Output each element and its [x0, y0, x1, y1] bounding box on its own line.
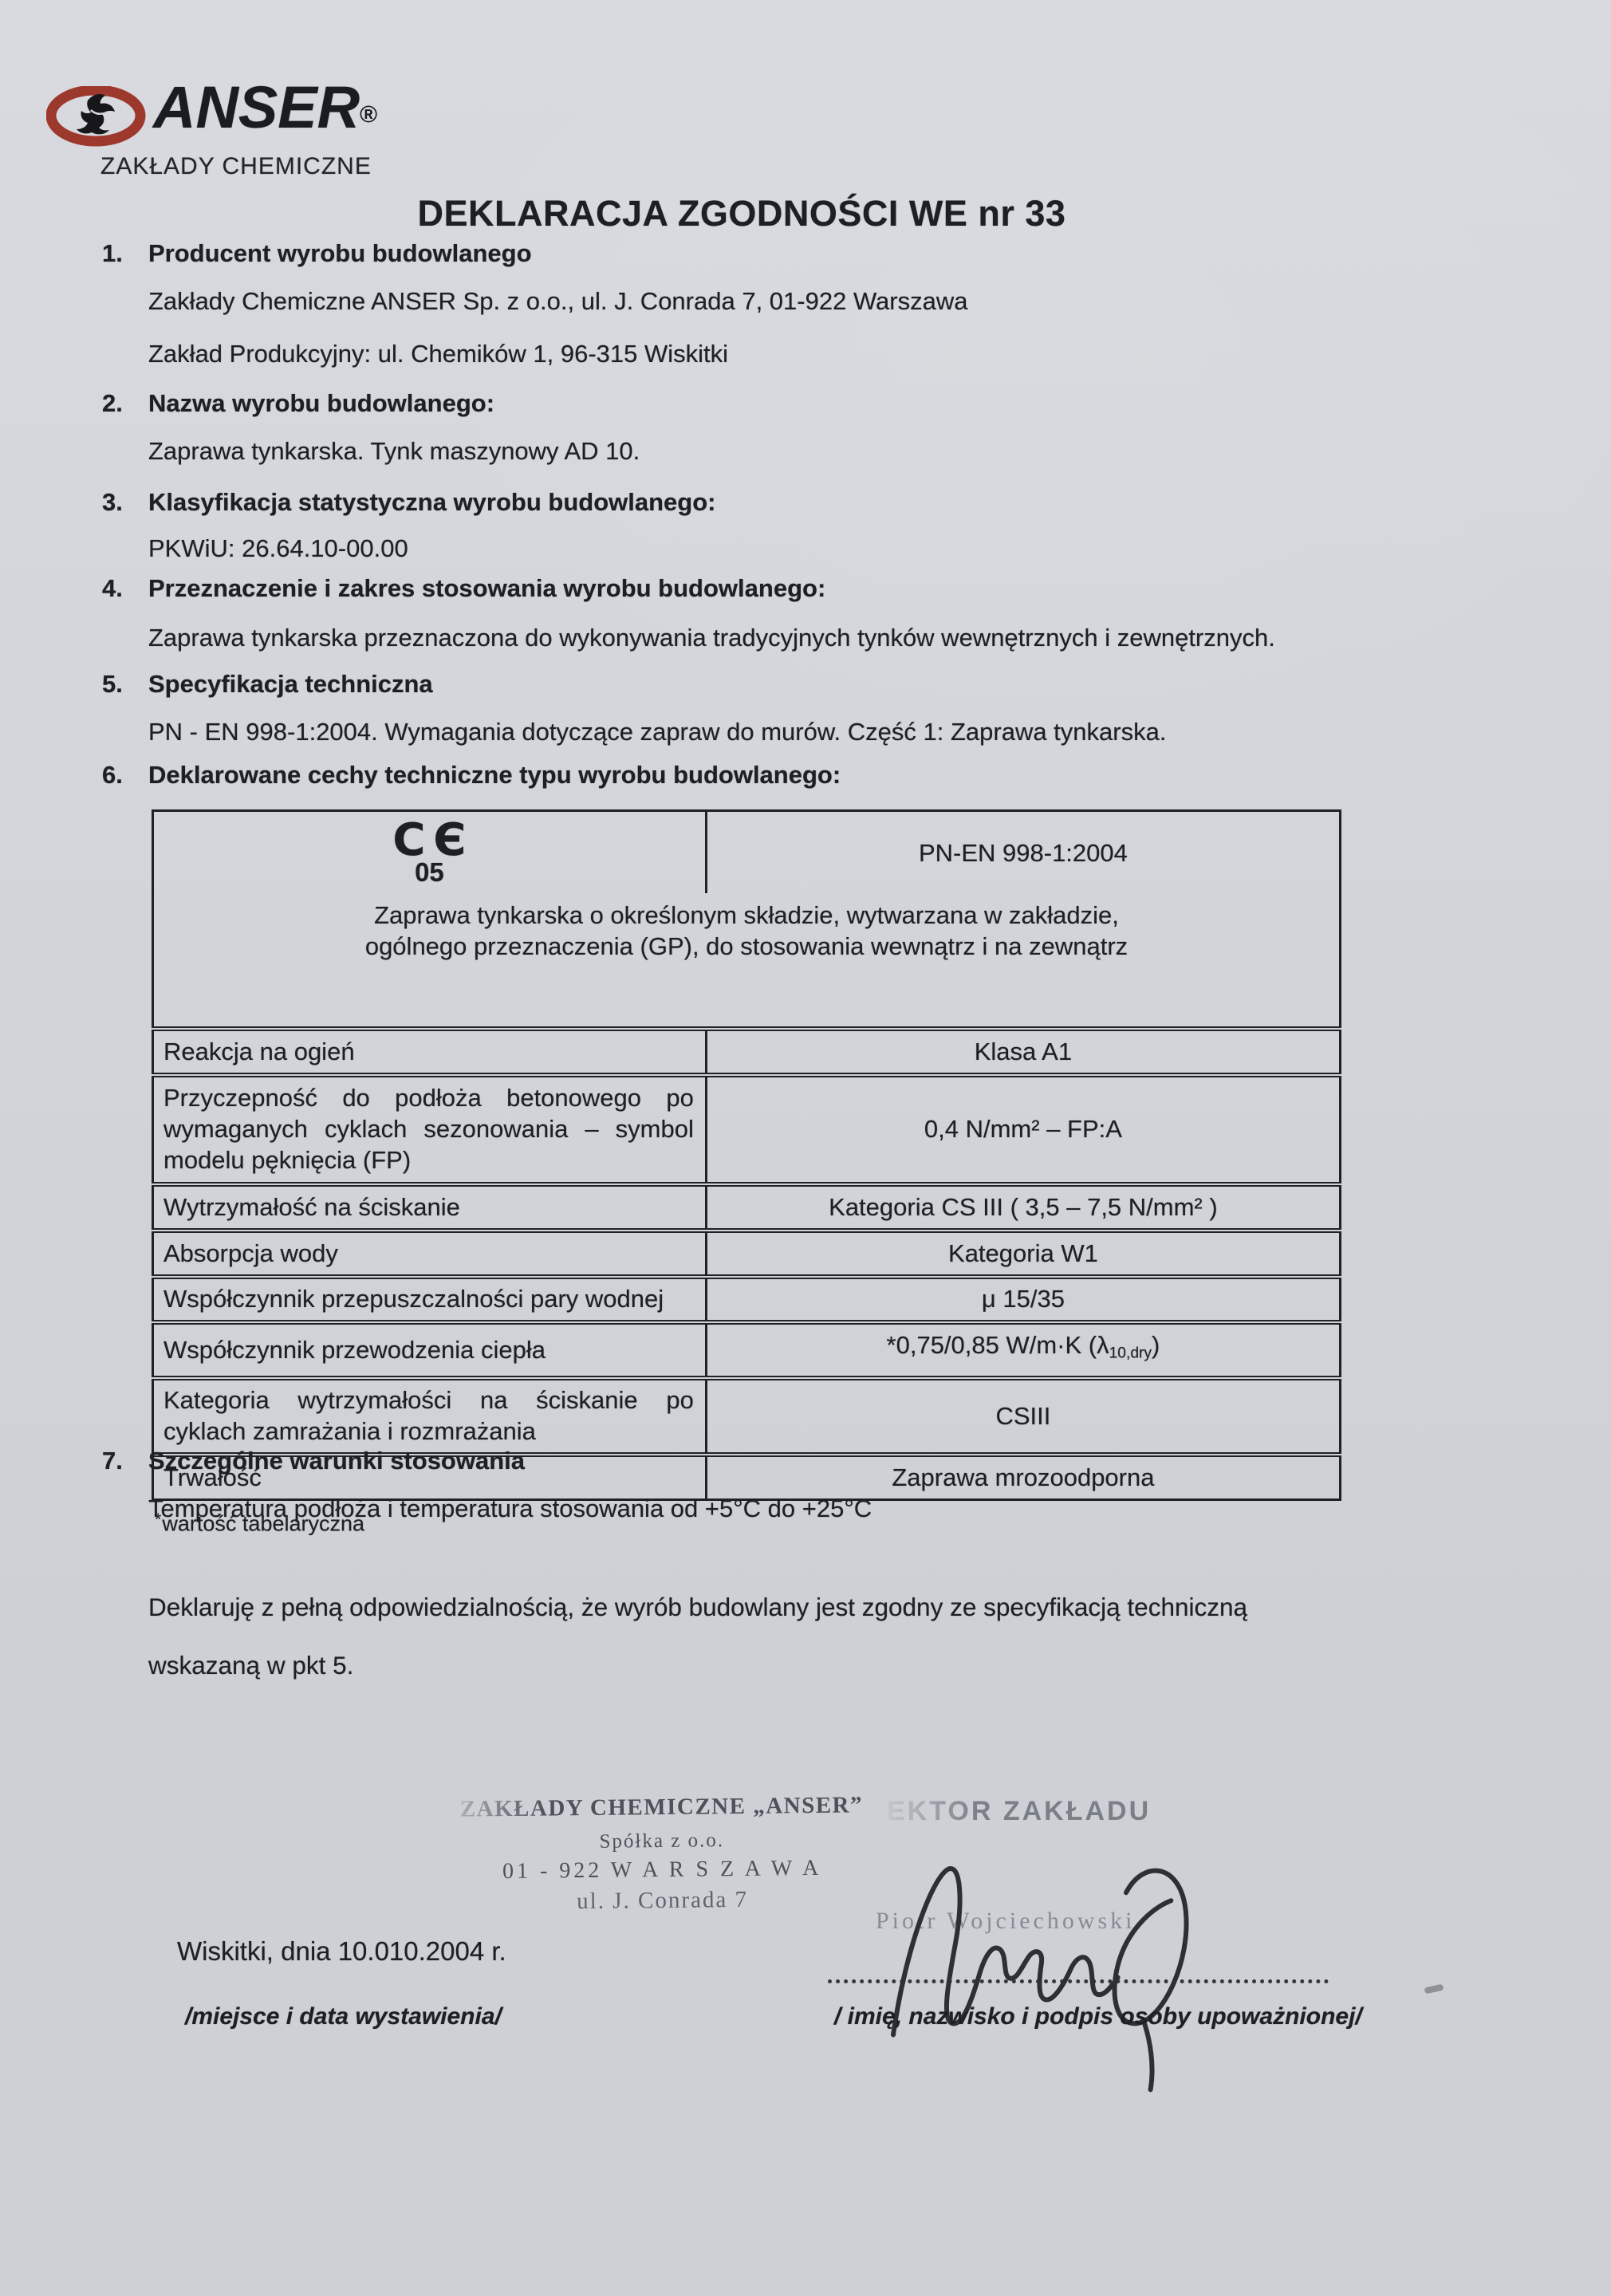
scanned-declaration-document: ANSER® ZAKŁADY CHEMICZNE DEKLARACJA ZGOD…: [0, 0, 1611, 2296]
declared-properties-table: CЄ 05 PN-EN 998-1:2004 Zaprawa tynkarska…: [152, 809, 1341, 1501]
company-stamp-line: ul. J. Conrada 7: [459, 1885, 865, 1916]
section-line: Zakład Produkcyjny: ul. Chemików 1, 96-3…: [148, 338, 1538, 370]
standard-reference: PN-EN 998-1:2004: [706, 811, 1340, 894]
row-value: 0,4 N/mm² – FP:A: [706, 1075, 1340, 1184]
place-date-line: Wiskitki, dnia 10.010.2004 r.: [177, 1936, 506, 1967]
caption-place-date: /miejsce i data wystawienia/: [185, 2003, 502, 2030]
section-heading: Przeznaczenie i zakres stosowania wyrobu…: [148, 573, 825, 605]
section-number: 6.: [102, 759, 148, 791]
section-klasyfikacja: 3.Klasyfikacja statystyczna wyrobu budow…: [102, 486, 1538, 565]
table-header-row: CЄ 05 PN-EN 998-1:2004: [153, 811, 1341, 894]
section-line: Zakłady Chemiczne ANSER Sp. z o.o., ul. …: [148, 286, 1538, 317]
section-nazwa-wyrobu: 2.Nazwa wyrobu budowlanego: Zaprawa tynk…: [102, 388, 1538, 467]
section-line: PN - EN 998-1:2004. Wymagania dotyczące …: [148, 716, 1538, 748]
declaration-line: Deklaruję z pełną odpowiedzialnością, że…: [148, 1591, 1552, 1623]
row-label: Współczynnik przewodzenia ciepła: [153, 1322, 707, 1378]
section-number: 7.: [102, 1445, 148, 1477]
section-przeznaczenie: 4.Przeznaczenie i zakres stosowania wyro…: [102, 573, 1538, 654]
section-line: PKWiU: 26.64.10-00.00: [148, 533, 1538, 565]
caption-signature: / imię, nazwisko i podpis osoby upoważni…: [834, 2003, 1362, 2030]
company-stamp-line: Spółka z o.o.: [459, 1828, 865, 1854]
table-row: Absorpcja wody Kategoria W1: [153, 1231, 1341, 1277]
section-line: Zaprawa tynkarska przeznaczona do wykony…: [148, 622, 1538, 654]
section-deklarowane-cechy: 6.Deklarowane cechy techniczne typu wyro…: [102, 759, 1538, 791]
section-heading: Producent wyrobu budowlanego: [148, 238, 532, 270]
section-number: 3.: [102, 486, 148, 518]
section-number: 4.: [102, 573, 148, 605]
brand-subtitle: ZAKŁADY CHEMICZNE: [100, 153, 493, 180]
declaration-line: wskazaną w pkt 5.: [148, 1649, 1552, 1681]
section-heading: Szczególne warunki stosowania: [148, 1445, 525, 1477]
company-stamp: ZAKŁADY CHEMICZNE „ANSER” Spółka z o.o. …: [458, 1792, 866, 1916]
section-number: 5.: [102, 668, 148, 700]
anser-goose-logo-icon: [46, 86, 147, 147]
row-value: Kategoria W1: [706, 1231, 1340, 1277]
row-value: Klasa A1: [706, 1029, 1340, 1075]
director-role-stamp: EKTOR ZAKŁADU: [887, 1796, 1151, 1827]
product-description-row: Zaprawa tynkarska o określonym składzie,…: [153, 893, 1341, 1029]
section-szczegolne-warunki: 7.Szczególne warunki stosowania Temperat…: [102, 1445, 1538, 1525]
section-line: Zaprawa tynkarska. Tynk maszynowy AD 10.: [148, 435, 1538, 467]
section-heading: Klasyfikacja statystyczna wyrobu budowla…: [148, 486, 715, 518]
ce-mark-icon: CЄ: [155, 821, 704, 861]
section-producent: 1.Producent wyrobu budowlanego Zakłady C…: [102, 238, 1538, 370]
row-label: Przyczepność do podłoża betonowego po wy…: [153, 1075, 707, 1184]
section-heading: Deklarowane cechy techniczne typu wyrobu…: [148, 759, 841, 791]
row-label: Współczynnik przepuszczalności pary wodn…: [153, 1277, 707, 1322]
section-heading: Nazwa wyrobu budowlanego:: [148, 388, 494, 419]
table-row: Reakcja na ogień Klasa A1: [153, 1029, 1341, 1075]
row-value: Kategoria CS III ( 3,5 – 7,5 N/mm² ): [706, 1184, 1340, 1231]
row-label: Absorpcja wody: [153, 1231, 707, 1277]
section-number: 2.: [102, 388, 148, 419]
company-logo-block: ANSER® ZAKŁADY CHEMICZNE: [46, 80, 493, 180]
row-value: *0,75/0,85 W/m·K (λ10,dry): [706, 1322, 1340, 1378]
table-row: Współczynnik przewodzenia ciepła *0,75/0…: [153, 1322, 1341, 1378]
section-number: 1.: [102, 238, 148, 270]
row-label: Reakcja na ogień: [153, 1029, 707, 1075]
table-row: Kategoria wytrzymałości na ściskanie po …: [153, 1378, 1341, 1455]
product-description: Zaprawa tynkarska o określonym składzie,…: [153, 893, 1341, 1029]
company-stamp-line: 01 - 922 W A R S Z A W A: [459, 1855, 865, 1884]
document-title: DEKLARACJA ZGODNOŚCI WE nr 33: [0, 193, 1483, 234]
brand-text: ANSER: [153, 74, 360, 140]
table-row: Współczynnik przepuszczalności pary wodn…: [153, 1277, 1341, 1322]
declaration-paragraph: Deklaruję z pełną odpowiedzialnością, że…: [148, 1591, 1552, 1681]
table-row: Przyczepność do podłoża betonowego po wy…: [153, 1075, 1341, 1184]
declared-properties-table-block: CЄ 05 PN-EN 998-1:2004 Zaprawa tynkarska…: [152, 809, 1341, 1537]
row-label: Wytrzymałość na ściskanie: [153, 1184, 707, 1231]
company-stamp-line: ZAKŁADY CHEMICZNE „ANSER”: [458, 1792, 865, 1822]
pen-mark: [1424, 1984, 1444, 1995]
table-row: Wytrzymałość na ściskanie Kategoria CS I…: [153, 1184, 1341, 1231]
registered-trademark-icon: ®: [360, 102, 377, 128]
section-specyfikacja: 5.Specyfikacja techniczna PN - EN 998-1:…: [102, 668, 1538, 748]
row-label: Kategoria wytrzymałości na ściskanie po …: [153, 1378, 707, 1455]
signature: [869, 1825, 1212, 2103]
section-line: Temperatura podłoża i temperatura stosow…: [148, 1493, 1538, 1525]
section-heading: Specyfikacja techniczna: [148, 668, 433, 700]
ce-mark-cell: CЄ 05: [153, 811, 707, 894]
row-value: μ 15/35: [706, 1277, 1340, 1322]
ce-notified-body-number: 05: [155, 861, 704, 884]
row-value: CSIII: [706, 1378, 1340, 1455]
